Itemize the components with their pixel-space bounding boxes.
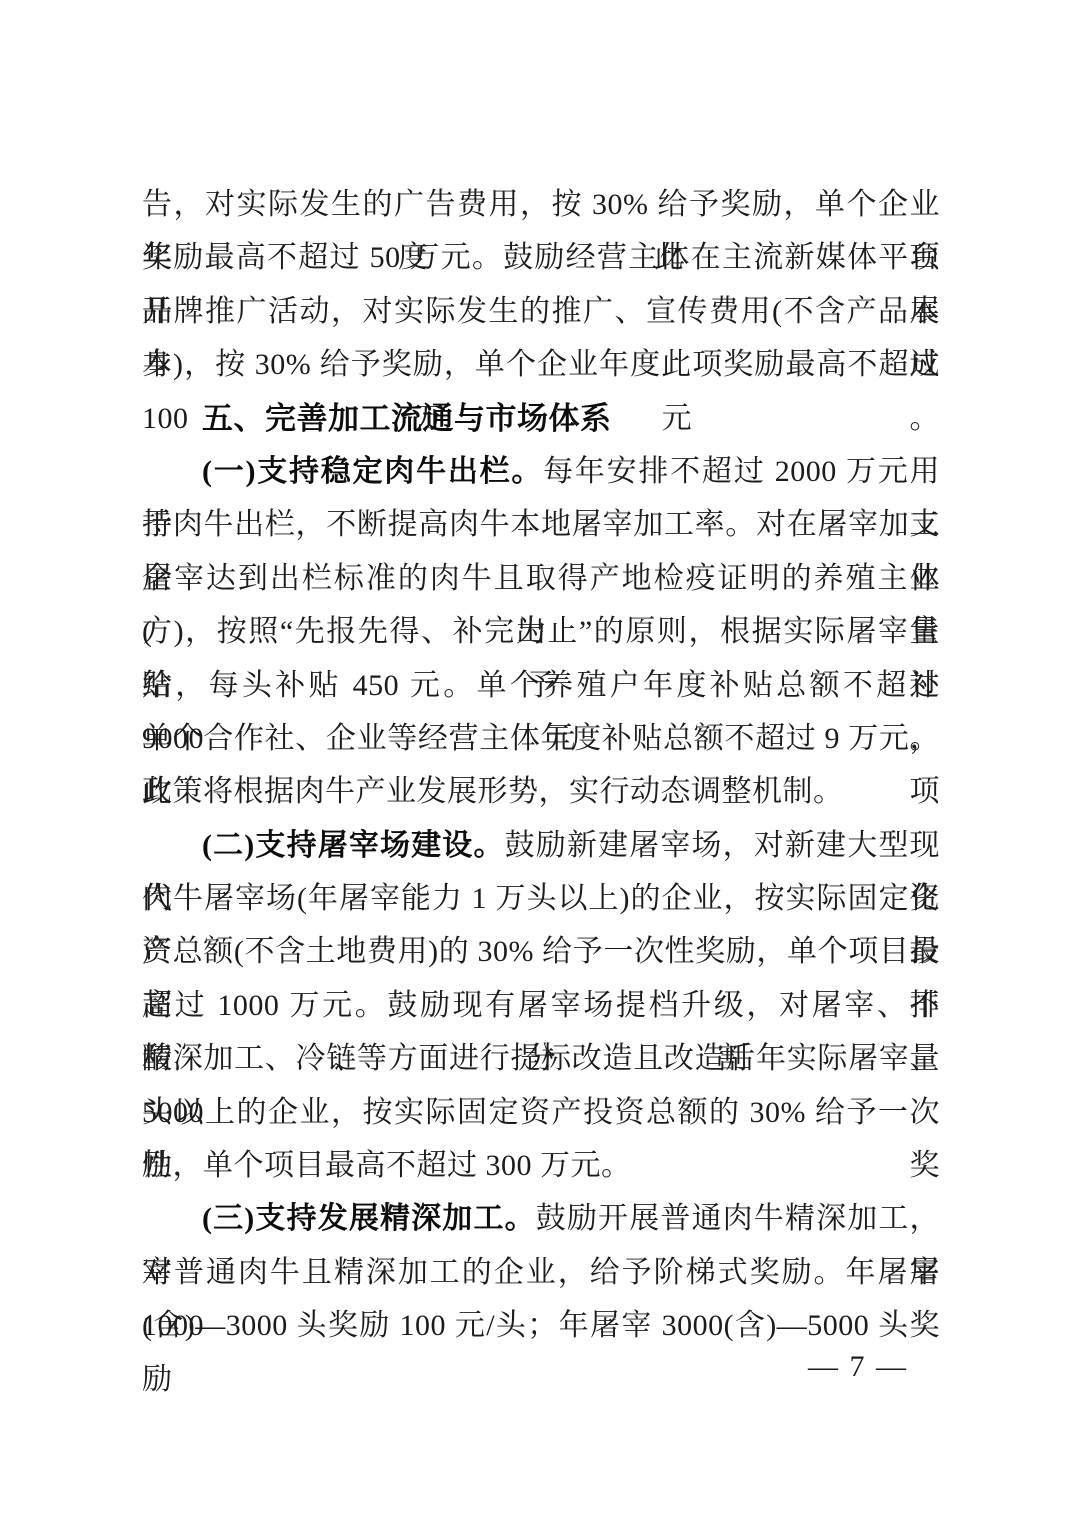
- bold-lead-segment: (二)支持屠宰场建设。: [202, 829, 505, 862]
- text-line: 政策将根据肉牛产业发展形势，实行动态调整机制。: [142, 765, 940, 818]
- bold-lead-segment: (三)支持发展精深加工。: [202, 1202, 536, 1235]
- text-line: 奖励最高不超过 50 万元。鼓励经营主体在主流新媒体平台开展: [142, 231, 940, 284]
- text-line: (二)支持屠宰场建设。鼓励新建屠宰场，对新建大型现代化: [142, 819, 940, 872]
- bold-lead-segment: 五、完善加工流通与市场体系: [202, 401, 612, 436]
- text-line: 资总额(不含土地费用)的 30% 给予一次性奖励，单个项目最高不: [142, 925, 940, 978]
- text-line: (一)支持稳定肉牛出栏。每年安排不超过 2000 万元用于支: [142, 445, 940, 498]
- bold-lead-segment: (一)支持稳定肉牛出栏。: [202, 455, 543, 488]
- text-line: 头以上的企业，按实际固定资产投资总额的 30% 给予一次性奖: [142, 1086, 940, 1139]
- text-line: 肉牛屠宰场(年屠宰能力 1 万头以上)的企业，按实际固定资产投: [142, 872, 940, 925]
- text-segment: 励，单个项目最高不超过 300 万元。: [142, 1149, 632, 1182]
- text-line: (三)支持发展精深加工。鼓励开展普通肉牛精深加工，对屠: [142, 1192, 940, 1245]
- text-line: 精深加工、冷链等方面进行提标改造且改造后年实际屠宰量 5000: [142, 1032, 940, 1085]
- text-line: 贴，每头补贴 450 元。单个养殖户年度补贴总额不超过 9000 元，: [142, 659, 940, 712]
- text-line: 超过 1000 万元。鼓励现有屠宰场提档升级，对屠宰、排酸、分割、: [142, 979, 940, 1032]
- text-line: 屠宰达到出栏标准的肉牛且取得产地检疫证明的养殖主体(出售: [142, 552, 940, 605]
- text-line: 宰普通肉牛且精深加工的企业，给予阶梯式奖励。年屠宰 1000: [142, 1246, 940, 1299]
- text-line: 本)，按 30% 给予奖励，单个企业年度此项奖励最高不超过 100 万元。: [142, 338, 940, 391]
- text-line: 告，对实际发生的广告费用，按 30% 给予奖励，单个企业年度此项: [142, 178, 940, 231]
- text-line: (含)—3000 头奖励 100 元/头；年屠宰 3000(含)—5000 头奖…: [142, 1299, 940, 1352]
- text-line: 方)，按照“先报先得、补完为止”的原则，根据实际屠宰量给予补: [142, 605, 940, 658]
- text-segment: 政策将根据肉牛产业发展形势，实行动态调整机制。: [142, 775, 844, 808]
- text-line: 品牌推广活动，对实际发生的推广、宣传费用(不含产品本身成: [142, 285, 940, 338]
- page-number: — 7 —: [808, 1350, 908, 1384]
- document-body: 告，对实际发生的广告费用，按 30% 给予奖励，单个企业年度此项奖励最高不超过 …: [142, 178, 940, 1353]
- text-line: 单个合作社、企业等经营主体年度补贴总额不超过 9 万元。此项: [142, 712, 940, 765]
- text-line: 持肉牛出栏，不断提高肉牛本地屠宰加工率。对在屠宰加工企业: [142, 498, 940, 551]
